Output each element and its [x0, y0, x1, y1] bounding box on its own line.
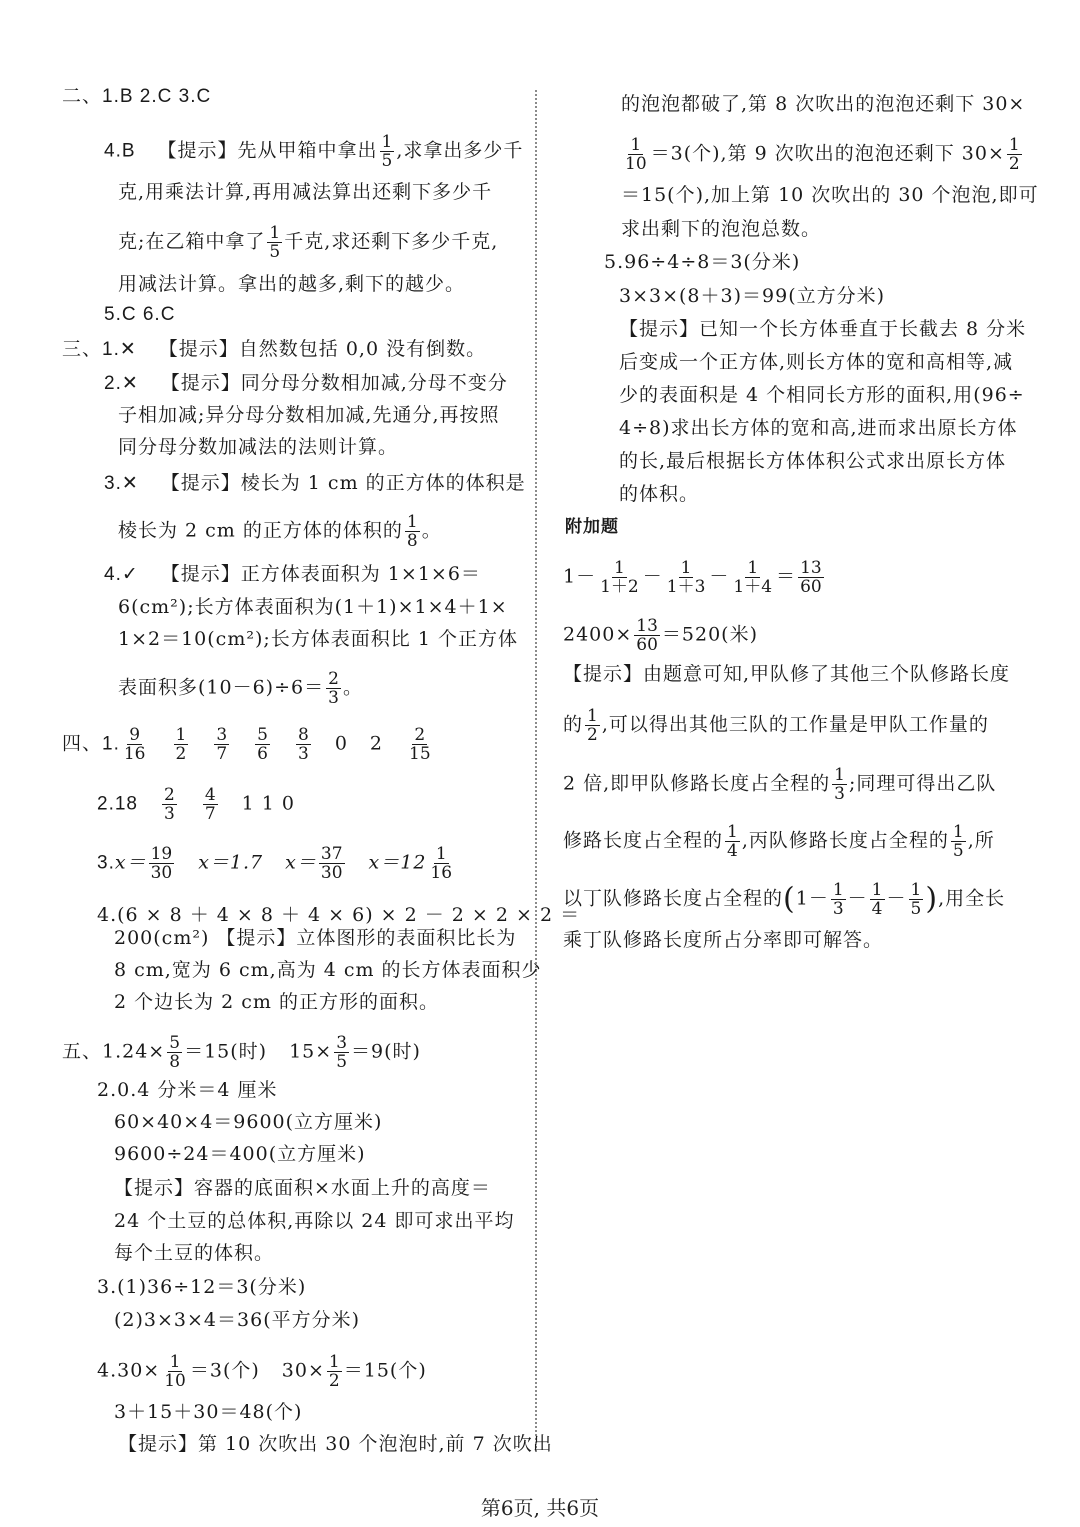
r-q5-line8: 的体积。 — [619, 482, 699, 506]
s2-q4-line4: 用减法计算。拿出的越多,剩下的越少。 — [118, 272, 465, 296]
page-footer: 第6页, 共6页 — [0, 1492, 1080, 1521]
s5-q3-line1: 3.(1)36÷12＝3(分米) — [97, 1275, 306, 1299]
s3-q4-line2: 6(cm²);长方体表面积为(1＋1)×1×4＋1× — [118, 595, 508, 619]
r-q5-line3: 【提示】已知一个长方体垂直于长截去 8 分米 — [619, 317, 1026, 341]
column-divider — [535, 90, 537, 1452]
s3-q3-line1: 3.✕【提示】棱长为 1 cm 的正方体的体积是 — [104, 471, 526, 496]
hint-line2: 的12,可以得出其他三队的工作量是甲队工作量的 — [563, 707, 989, 744]
hint-line3: 2 倍,即甲队修路长度占全程的13;同理可得出乙队 — [563, 766, 996, 803]
s2-line1: 二、1.B 2.C 3.C — [62, 84, 211, 109]
s5-q2-line3: 9600÷24＝400(立方厘米) — [114, 1142, 366, 1166]
r-q5-line4: 后变成一个正方体,则长方体的宽和高相等,减 — [619, 350, 1013, 374]
s4-q4-line1: 4.(6 × 8 ＋ 4 × 8 ＋ 4 × 6) × 2 － 2 × 2 × … — [97, 903, 580, 927]
s4-q3: 3.x＝1930x＝1.7x＝3730x＝12116 — [97, 845, 456, 882]
s4-q4-line4: 2 个边长为 2 cm 的正方形的面积。 — [114, 990, 439, 1014]
s5-q4-line3: 【提示】第 10 次吹出 30 个泡泡时,前 7 次吹出 — [118, 1432, 553, 1456]
hint-line4: 修路长度占全程的14,丙队修路长度占全程的15,所 — [563, 823, 995, 860]
r-cont-line2: 110＝3(个),第 9 次吹出的泡泡还剩下 30×12 — [621, 136, 1024, 173]
extra-eq1: 1－11＋2－11＋3－11＋4＝1360 — [563, 559, 826, 596]
s3-q2-line1: 2.✕【提示】同分母分数相加减,分母不变分 — [104, 371, 508, 396]
s2-q4-line2: 克,用乘法计算,再用减法算出还剩下多少千 — [118, 180, 492, 204]
s5-q2-line2: 60×40×4＝9600(立方厘米) — [114, 1110, 382, 1134]
r-cont-line1: 的泡泡都破了,第 8 次吹出的泡泡还剩下 30× — [621, 92, 1025, 116]
r-q5-line6: 4÷8)求出长方体的宽和高,进而求出原长方体 — [619, 416, 1018, 440]
r-cont-line3: ＝15(个),加上第 10 次吹出的 30 个泡泡,即可 — [621, 183, 1039, 207]
s5-q4-line2: 3＋15＋30＝48(个) — [114, 1400, 302, 1424]
s3-q2-line2: 子相加减;异分母分数相加减,先通分,再按照 — [118, 403, 499, 427]
s3-q4-line3: 1×2＝10(cm²);长方体表面积比 1 个正方体 — [118, 627, 518, 651]
hint-line6: 乘丁队修路长度所占分率即可解答。 — [563, 928, 883, 952]
extra-eq2: 2400×1360＝520(米) — [563, 617, 758, 654]
r-cont-line4: 求出剩下的泡泡总数。 — [621, 217, 821, 241]
fraction: 15 — [267, 224, 282, 261]
s3-q4-line1: 4.✓【提示】正方体表面积为 1×1×6＝ — [104, 562, 481, 587]
s3-q4-line4: 表面积多(10－6)÷6＝23。 — [118, 670, 363, 707]
s3-q1: 三、1.✕【提示】自然数包括 0,0 没有倒数。 — [62, 337, 486, 362]
s5-q2-line6: 每个土豆的体积。 — [114, 1241, 274, 1265]
hint-line5: 以丁队修路长度占全程的(1－13－14－15),用全长 — [563, 881, 1005, 918]
hint-line1: 【提示】由题意可知,甲队修了其他三个队修路长度 — [563, 662, 1010, 686]
s3-q3-line2: 棱长为 2 cm 的正方体的体积的18。 — [118, 513, 442, 550]
s4-q4-line2: 200(cm²) 【提示】立体图形的表面积比长为 — [114, 926, 516, 950]
s5-q4-line1: 4.30×110＝3(个)30×12＝15(个) — [97, 1353, 427, 1390]
s2-line5: 5.C 6.C — [104, 302, 175, 327]
s3-q2-line3: 同分母分数加减法的法则计算。 — [118, 435, 398, 459]
extra-title: 附加题 — [565, 515, 619, 539]
s4-q1: 四、1.9161237568302215 — [62, 726, 435, 763]
s5-q2-line4: 【提示】容器的底面积×水面上升的高度＝ — [114, 1176, 491, 1200]
s4-q2: 2.1823471 1 0 — [97, 786, 295, 823]
s5-q2-line1: 2.0.4 分米＝4 厘米 — [97, 1078, 278, 1102]
r-q5-line7: 的长,最后根据长方体体积公式求出原长方体 — [619, 449, 1006, 473]
r-q5-line5: 少的表面积是 4 个相同长方形的面积,用(96÷ — [619, 383, 1025, 407]
s2-q4-line3: 克;在乙箱中拿了15千克,求还剩下多少千克, — [118, 224, 498, 261]
r-q5-line2: 3×3×(8＋3)＝99(立方分米) — [619, 284, 885, 308]
s2-q4-line1: 4.B【提示】先从甲箱中拿出15,求拿出多少千 — [104, 133, 523, 170]
fraction: 15 — [380, 133, 395, 170]
s5-q2-line5: 24 个土豆的总体积,再除以 24 即可求出平均 — [114, 1209, 515, 1233]
s4-q4-line3: 8 cm,宽为 6 cm,高为 4 cm 的长方体表面积少 — [114, 958, 542, 982]
r-q5-line1: 5.96÷4÷8＝3(分米) — [604, 250, 800, 274]
s5-q3-line2: (2)3×3×4＝36(平方分米) — [114, 1308, 360, 1332]
s5-q1: 五、1.24×58＝15(时)15×35＝9(时) — [62, 1034, 421, 1071]
